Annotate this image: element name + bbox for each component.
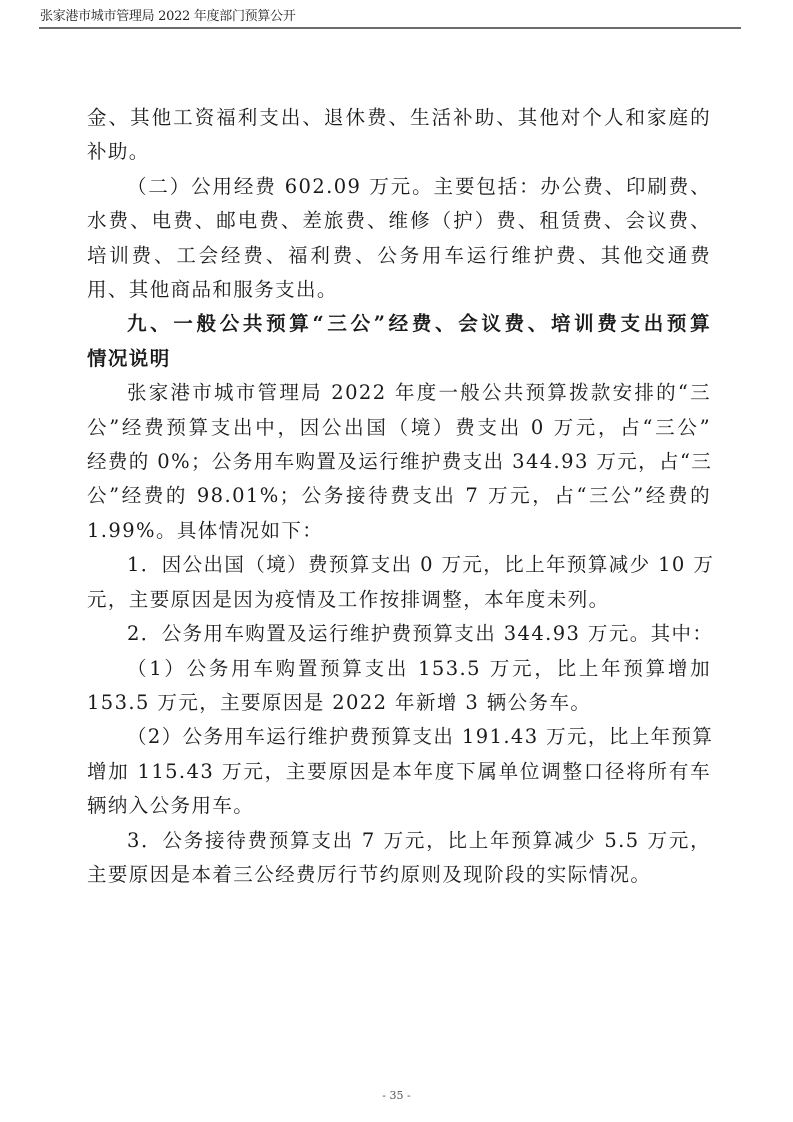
text-line: 3．公务接待费预算支出 7 万元，比上年预算减少 5.5 万元， [87,824,711,858]
paragraph-overseas-travel: 1．因公出国（境）费预算支出 0 万元，比上年预算减少 10 万 元，主要原因是… [87,548,711,617]
text-line: （1）公务用车购置预算支出 153.5 万元，比上年预算增加 [87,652,711,686]
text-line: 153.5 万元，主要原因是 2022 年新增 3 辆公务车。 [87,686,711,720]
text-line: 经费的 0%；公务用车购置及运行维护费支出 344.93 万元，占“三 [87,445,711,479]
text-line: （2）公务用车运行维护费预算支出 191.43 万元，比上年预算 [87,720,711,754]
heading-line: 九、一般公共预算“三公”经费、会议费、培训费支出预算 [87,307,711,341]
text-line: （二）公用经费 602.09 万元。主要包括：办公费、印刷费、 [87,170,711,204]
paragraph-personnel-expenses-continued: 金、其他工资福利支出、退休费、生活补助、其他对个人和家庭的 补助。 [87,101,711,170]
text-line: 1．因公出国（境）费预算支出 0 万元，比上年预算减少 10 万 [87,548,711,582]
running-header: 张家港市城市管理局 2022 年度部门预算公开 [40,9,742,25]
text-line: 金、其他工资福利支出、退休费、生活补助、其他对个人和家庭的 [87,101,711,135]
paragraph-vehicle-maintenance: （2）公务用车运行维护费预算支出 191.43 万元，比上年预算 增加 115.… [87,720,711,823]
text-line: 培训费、工会经费、福利费、公务用车运行维护费、其他交通费 [87,239,711,273]
paragraph-reception: 3．公务接待费预算支出 7 万元，比上年预算减少 5.5 万元， 主要原因是本着… [87,824,711,893]
page-number: - 35 - [0,1089,793,1102]
document-body: 金、其他工资福利支出、退休费、生活补助、其他对个人和家庭的 补助。 （二）公用经… [87,101,711,892]
text-line: 公”经费预算支出中，因公出国（境）费支出 0 万元，占“三公” [87,411,711,445]
text-line: 张家港市城市管理局 2022 年度一般公共预算拨款安排的“三 [87,376,711,410]
text-line: 主要原因是本着三公经费厉行节约原则及现阶段的实际情况。 [87,858,711,892]
paragraph-vehicle-purchase: （1）公务用车购置预算支出 153.5 万元，比上年预算增加 153.5 万元，… [87,652,711,721]
heading-line: 情况说明 [87,342,711,376]
paragraph-vehicle-total: 2．公务用车购置及运行维护费预算支出 344.93 万元。其中： [87,617,711,651]
text-line: 公”经费的 98.01%；公务接待费支出 7 万元，占“三公”经费的 [87,479,711,513]
paragraph-three-public-summary: 张家港市城市管理局 2022 年度一般公共预算拨款安排的“三 公”经费预算支出中… [87,376,711,548]
text-line: 1.99%。具体情况如下： [87,514,711,548]
text-line: 辆纳入公务用车。 [87,789,711,823]
paragraph-public-expenses: （二）公用经费 602.09 万元。主要包括：办公费、印刷费、 水费、电费、邮电… [87,170,711,308]
section-heading: 九、一般公共预算“三公”经费、会议费、培训费支出预算 情况说明 [87,307,711,376]
text-line: 增加 115.43 万元，主要原因是本年度下属单位调整口径将所有车 [87,755,711,789]
text-line: 2．公务用车购置及运行维护费预算支出 344.93 万元。其中： [87,617,711,651]
text-line: 水费、电费、邮电费、差旅费、维修（护）费、租赁费、会议费、 [87,204,711,238]
text-line: 元，主要原因是因为疫情及工作按排调整，本年度未列。 [87,583,711,617]
text-line: 补助。 [87,135,711,169]
text-line: 用、其他商品和服务支出。 [87,273,711,307]
header-divider [39,27,741,29]
